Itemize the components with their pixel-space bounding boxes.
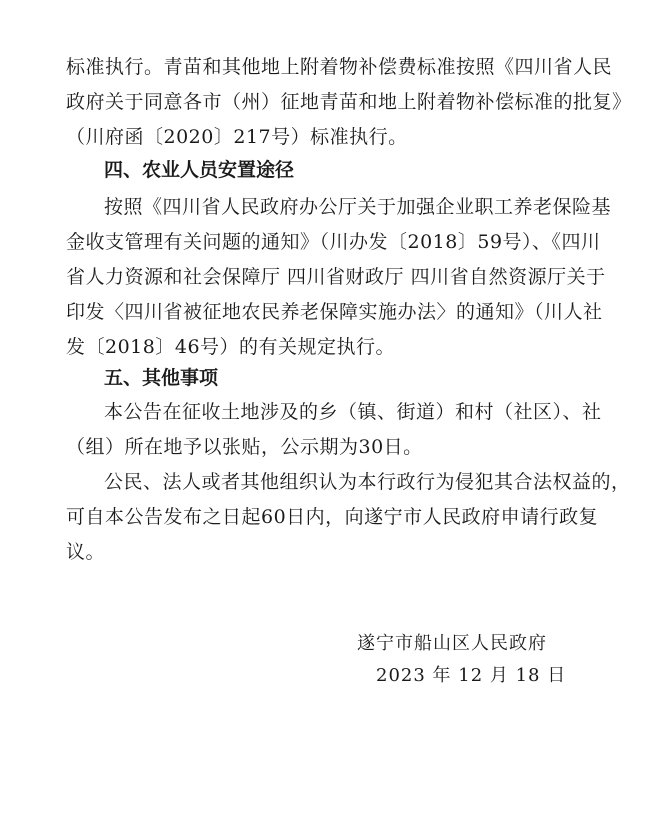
section-heading-4: 四、农业人员安置途径: [104, 158, 294, 182]
signature-issuer: 遂宁市船山区人民政府: [357, 632, 547, 656]
body-line: 按照《四川省人民政府办公厅关于加强企业职工养老保险基: [104, 195, 584, 219]
body-line: （组）所在地予以张贴，公示期为30日。: [66, 435, 584, 459]
body-line: 政府关于同意各市（州）征地青苗和地上附着物补偿标准的批复》: [66, 90, 584, 114]
body-line: 本公告在征收土地涉及的乡（镇、街道）和村（社区）、社: [104, 400, 584, 424]
body-line: 公民、法人或者其他组织认为本行政行为侵犯其合法权益的，: [104, 470, 584, 494]
body-line: 印发〈四川省被征地农民养老保障实施办法〉的通知》（川人社: [66, 300, 584, 324]
signature-date: 2023 年 12 月 18 日: [376, 664, 566, 688]
document-page: 标准执行。青苗和其他地上附着物补偿费标准按照《四川省人民 政府关于同意各市（州）…: [0, 0, 648, 815]
body-line: 议。: [66, 540, 584, 564]
body-line: 标准执行。青苗和其他地上附着物补偿费标准按照《四川省人民: [66, 55, 584, 79]
body-line: 可自本公告发布之日起60日内，向遂宁市人民政府申请行政复: [66, 505, 584, 529]
body-line: 发〔2018〕46号）的有关规定执行。: [66, 335, 584, 359]
body-line: （川府函〔2020〕217号）标准执行。: [66, 125, 584, 149]
section-heading-5: 五、其他事项: [104, 366, 218, 390]
body-line: 省人力资源和社会保障厅 四川省财政厅 四川省自然资源厅关于: [66, 265, 584, 289]
body-line: 金收支管理有关问题的通知》（川办发〔2018〕59号）、《四川: [66, 230, 584, 254]
